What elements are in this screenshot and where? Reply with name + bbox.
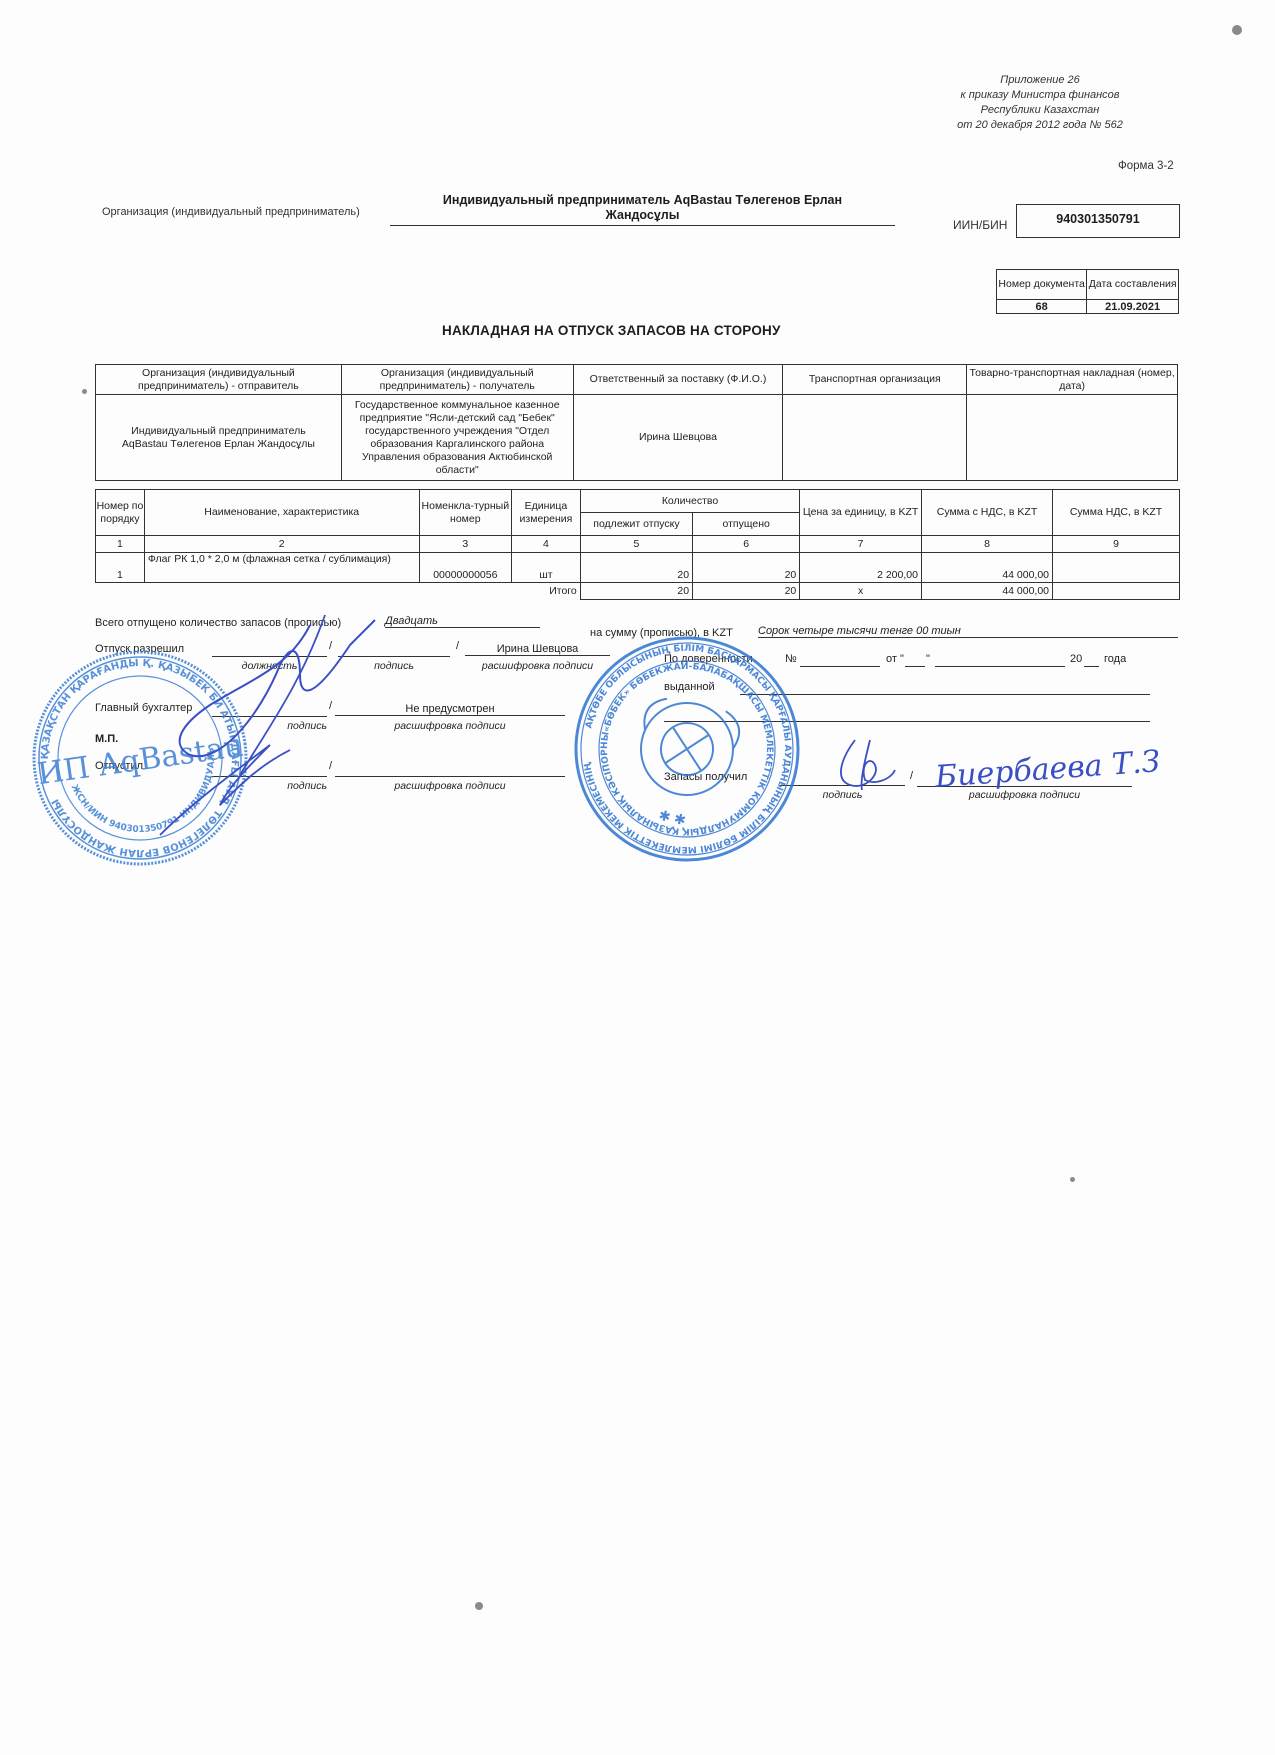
- waybill-value: [967, 395, 1178, 481]
- doc-date: 21.09.2021: [1087, 300, 1179, 314]
- total-sum-vat: 44 000,00: [921, 583, 1052, 600]
- document-number-table: Номер документа Дата составления 68 21.0…: [996, 269, 1179, 314]
- col-number: 5: [580, 536, 692, 553]
- col-number: 3: [419, 536, 512, 553]
- proxy-year-prefix: 20: [1070, 653, 1082, 665]
- organization-name-line-1: Индивидуальный предприниматель AqBastau …: [390, 193, 895, 208]
- appendix-line-2: к приказу Министра финансов: [925, 88, 1155, 103]
- col-number: 8: [921, 536, 1052, 553]
- proxy-year-field: [1084, 653, 1099, 667]
- proxy-quote: ": [926, 653, 930, 665]
- appendix-line-4: от 20 декабря 2012 года № 562: [925, 118, 1155, 133]
- iin-value: 940301350791: [1016, 204, 1180, 238]
- item-qty-released: 20: [693, 553, 800, 583]
- scan-speck: [1232, 25, 1242, 35]
- col-code-header: Номенкла-турный номер: [419, 490, 512, 536]
- doc-date-header: Дата составления: [1087, 270, 1179, 300]
- total-label: Итого: [512, 583, 581, 600]
- receiver-signature-icon: [820, 735, 910, 795]
- responsible-header: Ответственный за поставку (Ф.И.О.): [573, 365, 783, 395]
- sender-header: Организация (индивидуальный предпринимат…: [96, 365, 342, 395]
- col-unit-header: Единица измерения: [512, 490, 581, 536]
- appendix-note: Приложение 26 к приказу Министра финансо…: [855, 73, 1155, 133]
- appendix-line-3: Республики Казахстан: [925, 103, 1155, 118]
- col-number: 9: [1053, 536, 1180, 553]
- proxy-from-label: от ": [886, 653, 904, 665]
- total-row: Итого 20 20 х 44 000,00: [96, 583, 1180, 600]
- stamp-icon: АҚТӨБЕ ОБЛЫСЫНЫҢ БІЛІМ БАСҚАРМАСЫ ҚАРҒАЛ…: [551, 613, 824, 886]
- item-price: 2 200,00: [800, 553, 922, 583]
- col-qty-due-header: подлежит отпуску: [580, 513, 692, 536]
- item-num: 1: [96, 553, 145, 583]
- doc-number: 68: [997, 300, 1087, 314]
- column-numbers-row: 1 2 3 4 5 6 7 8 9: [96, 536, 1180, 553]
- sender-signature-icon: [150, 605, 470, 845]
- responsible-value: Ирина Шевцова: [573, 395, 783, 481]
- iin-label: ИИН/БИН: [953, 218, 1007, 232]
- item-qty-due: 20: [580, 553, 692, 583]
- col-number: 1: [96, 536, 145, 553]
- separator: /: [910, 770, 913, 782]
- sum-words-value: Сорок четыре тысячи тенге 00 тиын: [758, 625, 1178, 638]
- total-qty-due: 20: [580, 583, 692, 600]
- total-vat: [1053, 583, 1180, 600]
- receiver-stamp: АҚТӨБЕ ОБЛЫСЫНЫҢ БІЛІМ БАСҚАРМАСЫ ҚАРҒАЛ…: [551, 613, 824, 886]
- organization-name: Индивидуальный предприниматель AqBastau …: [390, 193, 895, 226]
- proxy-year-suffix: года: [1104, 653, 1126, 665]
- item-code: 00000000056: [419, 553, 512, 583]
- col-sum-vat-header: Сумма с НДС, в KZT: [921, 490, 1052, 536]
- col-number: 2: [144, 536, 419, 553]
- waybill-header: Товарно-транспортная накладная (номер, д…: [967, 365, 1178, 395]
- page-title: НАКЛАДНАЯ НА ОТПУСК ЗАПАСОВ НА СТОРОНУ: [442, 323, 781, 338]
- item-sum-vat: 44 000,00: [921, 553, 1052, 583]
- items-table: Номер по порядку Наименование, характери…: [95, 489, 1180, 600]
- col-qty-released-header: отпущено: [693, 513, 800, 536]
- scan-speck: [82, 389, 87, 394]
- transport-org-value: [783, 395, 967, 481]
- col-qty-header: Количество: [580, 490, 799, 513]
- item-name: Флаг РК 1,0 * 2,0 м (флажная сетка / суб…: [144, 553, 419, 583]
- release-allowed-name: Ирина Шевцова: [465, 643, 610, 656]
- col-price-header: Цена за единицу, в KZT: [800, 490, 922, 536]
- col-name-header: Наименование, характеристика: [144, 490, 419, 536]
- proxy-day-field: [905, 653, 925, 667]
- received-name-handwritten: Биербаева Т.З: [934, 744, 1161, 795]
- item-vat: [1053, 553, 1180, 583]
- receiver-header: Организация (индивидуальный предпринимат…: [341, 365, 573, 395]
- appendix-line-1: Приложение 26: [925, 73, 1155, 88]
- col-number: 4: [512, 536, 581, 553]
- transport-org-header: Транспортная организация: [783, 365, 967, 395]
- total-price: х: [800, 583, 922, 600]
- col-number: 7: [800, 536, 922, 553]
- col-vat-header: Сумма НДС, в KZT: [1053, 490, 1180, 536]
- sender-value: Индивидуальный предприниматель AqBastau …: [96, 395, 342, 481]
- table-row: 1 Флаг РК 1,0 * 2,0 м (флажная сетка / с…: [96, 553, 1180, 583]
- organization-name-line-2: Жандосұлы: [390, 208, 895, 223]
- col-number: 6: [693, 536, 800, 553]
- scan-speck: [1070, 1177, 1075, 1182]
- parties-table: Организация (индивидуальный предпринимат…: [95, 364, 1178, 481]
- organization-label: Организация (индивидуальный предпринимат…: [102, 206, 360, 218]
- item-unit: шт: [512, 553, 581, 583]
- form-code: Форма 3-2: [1118, 160, 1174, 172]
- total-qty-released: 20: [693, 583, 800, 600]
- proxy-month-field: [935, 653, 1065, 667]
- col-num-header: Номер по порядку: [96, 490, 145, 536]
- doc-number-header: Номер документа: [997, 270, 1087, 300]
- scan-speck: [475, 1602, 483, 1610]
- receiver-value: Государственное коммунальное казенное пр…: [341, 395, 573, 481]
